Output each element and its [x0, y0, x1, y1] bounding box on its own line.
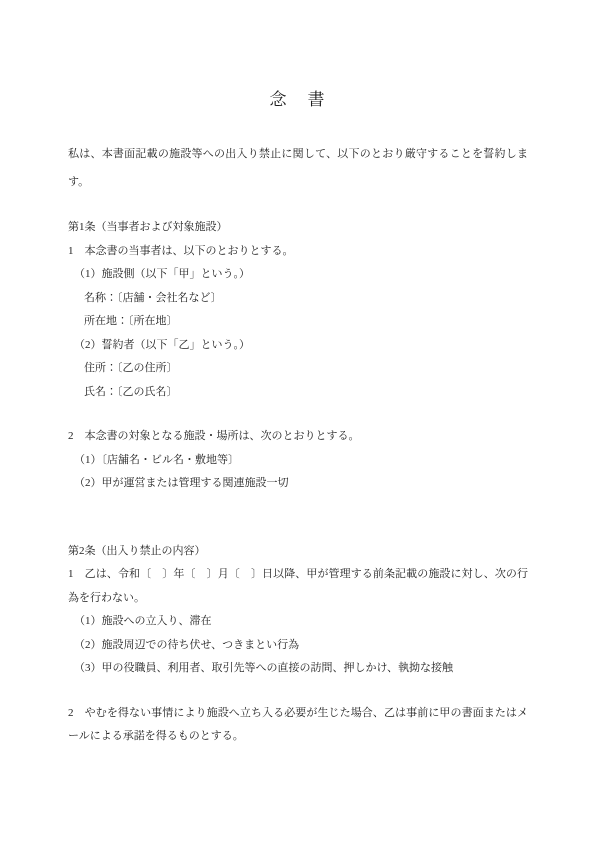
- intro-paragraph: 私は、本書面記載の施設等への出入り禁止に関して、以下のとおり厳守することを誓約し…: [68, 140, 528, 196]
- party-a-address-line: 所在地：〔所在地〕: [68, 310, 528, 334]
- article2-clause1-item-2: （2）施設周辺での待ち伏せ、つきまとい行為: [68, 634, 528, 658]
- article1-heading: 第1条（当事者および対象施設）: [68, 216, 528, 240]
- document-title: 念 書: [68, 88, 528, 112]
- party-b-name-line: 氏名：〔乙の氏名〕: [68, 381, 528, 405]
- party-a-label: （1）施設側（以下「甲」という。）: [68, 263, 528, 287]
- article2-heading: 第2条（出入り禁止の内容）: [68, 540, 528, 564]
- article2-clause1-item-1: （1）施設への立入り、滞在: [68, 610, 528, 634]
- document-content: 念 書 私は、本書面記載の施設等への出入り禁止に関して、以下のとおり厳守すること…: [0, 0, 595, 749]
- article1-clause2-lead: 2 本念書の対象となる施設・場所は、次のとおりとする。: [68, 425, 528, 449]
- document-page: 念 書 私は、本書面記載の施設等への出入り禁止に関して、以下のとおり厳守すること…: [0, 0, 595, 842]
- article2-clause1-lead: 1 乙は、令和〔 〕年〔 〕月〔 〕日以降、甲が管理する前条記載の施設に対し、次…: [68, 563, 528, 610]
- article2-clause1-item-3: （3）甲の役職員、利用者、取引先等への直接の訪問、押しかけ、執拗な接触: [68, 657, 528, 681]
- article1-clause2-item-1: （1）〔店舗名・ビル名・敷地等〕: [68, 449, 528, 473]
- article1-clause1-lead: 1 本念書の当事者は、以下のとおりとする。: [68, 240, 528, 264]
- party-a-name-line: 名称：〔店舗・会社名など〕: [68, 287, 528, 311]
- article2-clause2-lead: 2 やむを得ない事情により施設へ立ち入る必要が生じた場合、乙は事前に甲の書面また…: [68, 702, 528, 749]
- party-b-address-line: 住所：〔乙の住所〕: [68, 357, 528, 381]
- party-b-label: （2）誓約者（以下「乙」という。）: [68, 334, 528, 358]
- article1-clause2-item-2: （2）甲が運営または管理する関連施設一切: [68, 472, 528, 496]
